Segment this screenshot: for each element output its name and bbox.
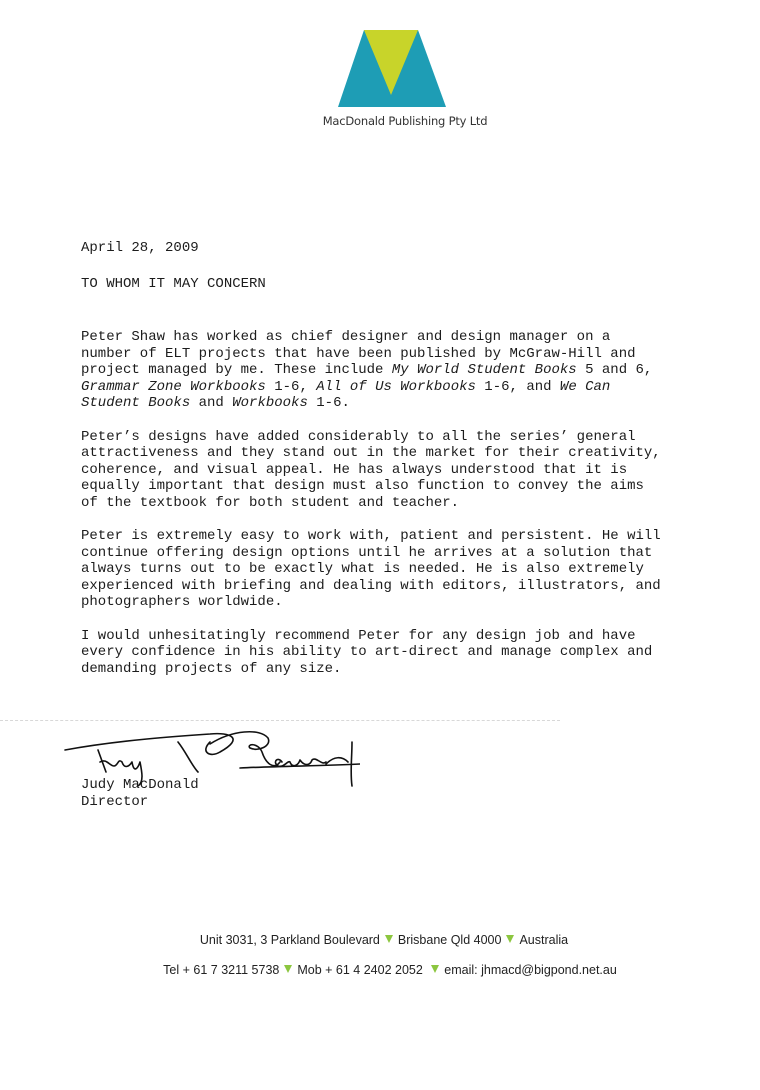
paragraph-line: of the textbook for both student and tea… [81,495,751,512]
paragraph-line: coherence, and visual appeal. He has alw… [81,462,751,479]
paragraph-line: Peter is extremely easy to work with, pa… [81,528,751,545]
contact-mobile: Mob + 61 4 2402 2052 [297,963,422,977]
text-run: Peter’s designs have added considerably … [81,429,636,445]
text-run: experienced with briefing and dealing wi… [81,578,661,594]
paragraph-line: I would unhesitatingly recommend Peter f… [81,628,751,645]
text-run: coherence, and visual appeal. He has alw… [81,462,627,478]
text-run: 1-6, [266,379,316,395]
book-title: All of Us Workbooks [316,379,476,395]
text-run: always turns out to be exactly what is n… [81,561,644,577]
address-street: Unit 3031, 3 Parkland Boulevard [200,933,380,947]
text-run: continue offering design options until h… [81,545,652,561]
paragraph-line: Peter’s designs have added considerably … [81,429,751,446]
text-run: Peter Shaw has worked as chief designer … [81,329,610,345]
book-title: My World Student Books [392,362,577,378]
company-name: MacDonald Publishing Pty Ltd [300,114,510,128]
text-run: photographers worldwide. [81,594,283,610]
letter-paragraph: Peter is extremely easy to work with, pa… [81,528,751,611]
green-triangle-down-icon [431,965,439,973]
paragraph-line: demanding projects of any size. [81,661,751,678]
contact-telephone: Tel + 61 7 3211 5738 [163,963,279,977]
book-title: We Can [560,379,610,395]
text-run: Peter is extremely easy to work with, pa… [81,528,661,544]
paragraph-line: experienced with briefing and dealing wi… [81,578,751,595]
text-run: I would unhesitatingly recommend Peter f… [81,628,636,644]
text-run: of the textbook for both student and tea… [81,495,459,511]
text-run: every confidence in his ability to art-d… [81,644,652,660]
book-title: Workbooks [232,395,308,411]
letter-date: April 28, 2009 [81,240,199,257]
text-run: number of ELT projects that have been pu… [81,346,636,362]
book-title: Grammar Zone Workbooks [81,379,266,395]
text-run: demanding projects of any size. [81,661,341,677]
text-run: attractiveness and they stand out in the… [81,445,661,461]
green-triangle-down-icon [284,965,292,973]
paragraph-line: attractiveness and they stand out in the… [81,445,751,462]
signer-name: Judy MacDonald [81,777,199,794]
paragraph-line: photographers worldwide. [81,594,751,611]
paragraph-line: project managed by me. These include My … [81,362,751,379]
letter-body: Peter Shaw has worked as chief designer … [81,329,751,694]
footer-contact: Tel + 61 7 3211 5738Mob + 61 4 2402 2052… [10,963,760,977]
letter-paragraph: Peter’s designs have added considerably … [81,429,751,512]
contact-email[interactable]: email: jhmacd@bigpond.net.au [444,963,617,977]
text-run: project managed by me. These include [81,362,392,378]
salutation: TO WHOM IT MAY CONCERN [81,276,266,293]
text-run: 1-6, and [476,379,560,395]
text-run: 1-6. [308,395,350,411]
book-title: Student Books [81,395,190,411]
text-run: 5 and 6, [577,362,653,378]
address-country: Australia [519,933,568,947]
green-triangle-down-icon [506,935,514,943]
letter-paragraph: Peter Shaw has worked as chief designer … [81,329,751,412]
paragraph-line: Student Books and Workbooks 1-6. [81,395,751,412]
company-logo-icon [336,29,448,109]
text-run: and [190,395,232,411]
paragraph-line: always turns out to be exactly what is n… [81,561,751,578]
text-run: equally important that design must also … [81,478,644,494]
paragraph-line: every confidence in his ability to art-d… [81,644,751,661]
paragraph-line: Grammar Zone Workbooks 1-6, All of Us Wo… [81,379,751,396]
paragraph-line: number of ELT projects that have been pu… [81,346,751,363]
paragraph-line: equally important that design must also … [81,478,751,495]
letter-paragraph: I would unhesitatingly recommend Peter f… [81,628,751,678]
paragraph-line: Peter Shaw has worked as chief designer … [81,329,751,346]
green-triangle-down-icon [385,935,393,943]
paragraph-line: continue offering design options until h… [81,545,751,562]
footer-address: Unit 3031, 3 Parkland BoulevardBrisbane … [4,933,760,947]
address-city: Brisbane Qld 4000 [398,933,502,947]
signer-title: Director [81,794,148,811]
